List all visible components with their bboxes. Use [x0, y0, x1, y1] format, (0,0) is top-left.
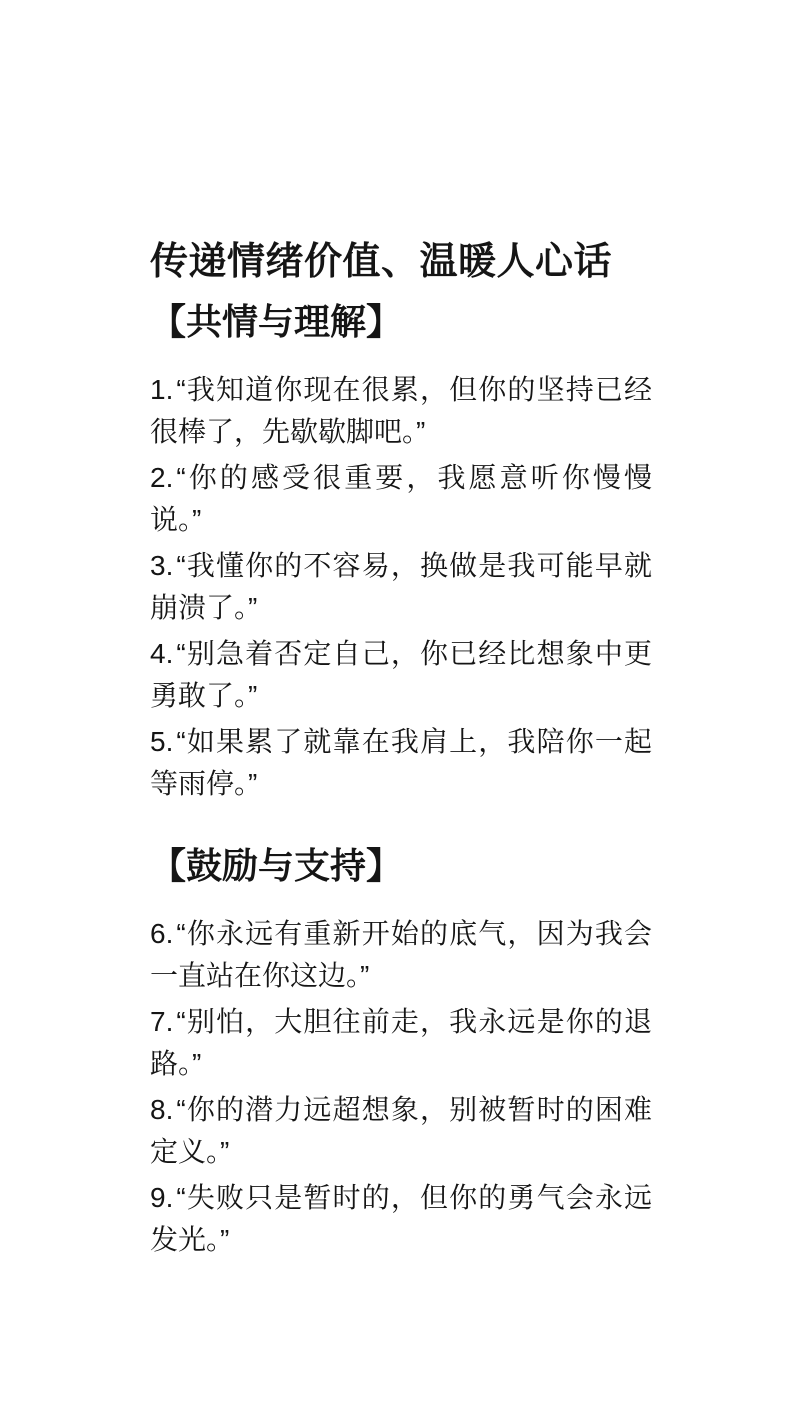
item-number: 7. — [150, 1006, 173, 1037]
item-number: 8. — [150, 1094, 173, 1125]
item-text: “我懂你的不容易，换做是我可能早就崩溃了。” — [150, 550, 652, 623]
quote-item-1: 1.“我知道你现在很累，但你的坚持已经很棒了，先歇歇脚吧。” — [150, 369, 652, 453]
quote-item-6: 6.“你永远有重新开始的底气，因为我会一直站在你这边。” — [150, 913, 652, 997]
quote-item-9: 9.“失败只是暂时的，但你的勇气会永远发光。” — [150, 1177, 652, 1261]
item-text: “别怕，大胆往前走，我永远是你的退路。” — [150, 1006, 652, 1079]
item-number: 5. — [150, 726, 173, 757]
item-text: “如果累了就靠在我肩上，我陪你一起等雨停。” — [150, 726, 652, 799]
note-content: 传递情绪价值、温暖人心话 【共情与理解】 1.“我知道你现在很累，但你的坚持已经… — [0, 0, 800, 1261]
item-text: “失败只是暂时的，但你的勇气会永远发光。” — [150, 1182, 652, 1255]
quote-item-8: 8.“你的潜力远超想象，别被暂时的困难定义。” — [150, 1089, 652, 1173]
quote-item-7: 7.“别怕，大胆往前走，我永远是你的退路。” — [150, 1001, 652, 1085]
item-number: 6. — [150, 918, 173, 949]
item-number: 2. — [150, 462, 173, 493]
item-number: 1. — [150, 374, 173, 405]
item-text: “我知道你现在很累，但你的坚持已经很棒了，先歇歇脚吧。” — [150, 374, 652, 447]
item-number: 9. — [150, 1182, 173, 1213]
quote-item-5: 5.“如果累了就靠在我肩上，我陪你一起等雨停。” — [150, 721, 652, 805]
quote-item-4: 4.“别急着否定自己，你已经比想象中更勇敢了。” — [150, 633, 652, 717]
note-page: 传递情绪价值、温暖人心话 【共情与理解】 1.“我知道你现在很累，但你的坚持已经… — [0, 0, 800, 1422]
item-text: “你的潜力远超想象，别被暂时的困难定义。” — [150, 1094, 652, 1167]
item-text: “你的感受很重要，我愿意听你慢慢说。” — [150, 462, 652, 535]
section-empathy: 【共情与理解】 1.“我知道你现在很累，但你的坚持已经很棒了，先歇歇脚吧。” 2… — [150, 301, 652, 805]
item-number: 4. — [150, 638, 173, 669]
section-header-empathy: 【共情与理解】 — [150, 301, 652, 343]
section-header-encourage: 【鼓励与支持】 — [150, 845, 652, 887]
section-encourage: 【鼓励与支持】 6.“你永远有重新开始的底气，因为我会一直站在你这边。” 7.“… — [150, 845, 652, 1261]
item-text: “你永远有重新开始的底气，因为我会一直站在你这边。” — [150, 918, 652, 991]
quote-item-3: 3.“我懂你的不容易，换做是我可能早就崩溃了。” — [150, 545, 652, 629]
quote-item-2: 2.“你的感受很重要，我愿意听你慢慢说。” — [150, 457, 652, 541]
item-number: 3. — [150, 550, 173, 581]
page-title: 传递情绪价值、温暖人心话 — [150, 241, 652, 283]
item-text: “别急着否定自己，你已经比想象中更勇敢了。” — [150, 638, 652, 711]
